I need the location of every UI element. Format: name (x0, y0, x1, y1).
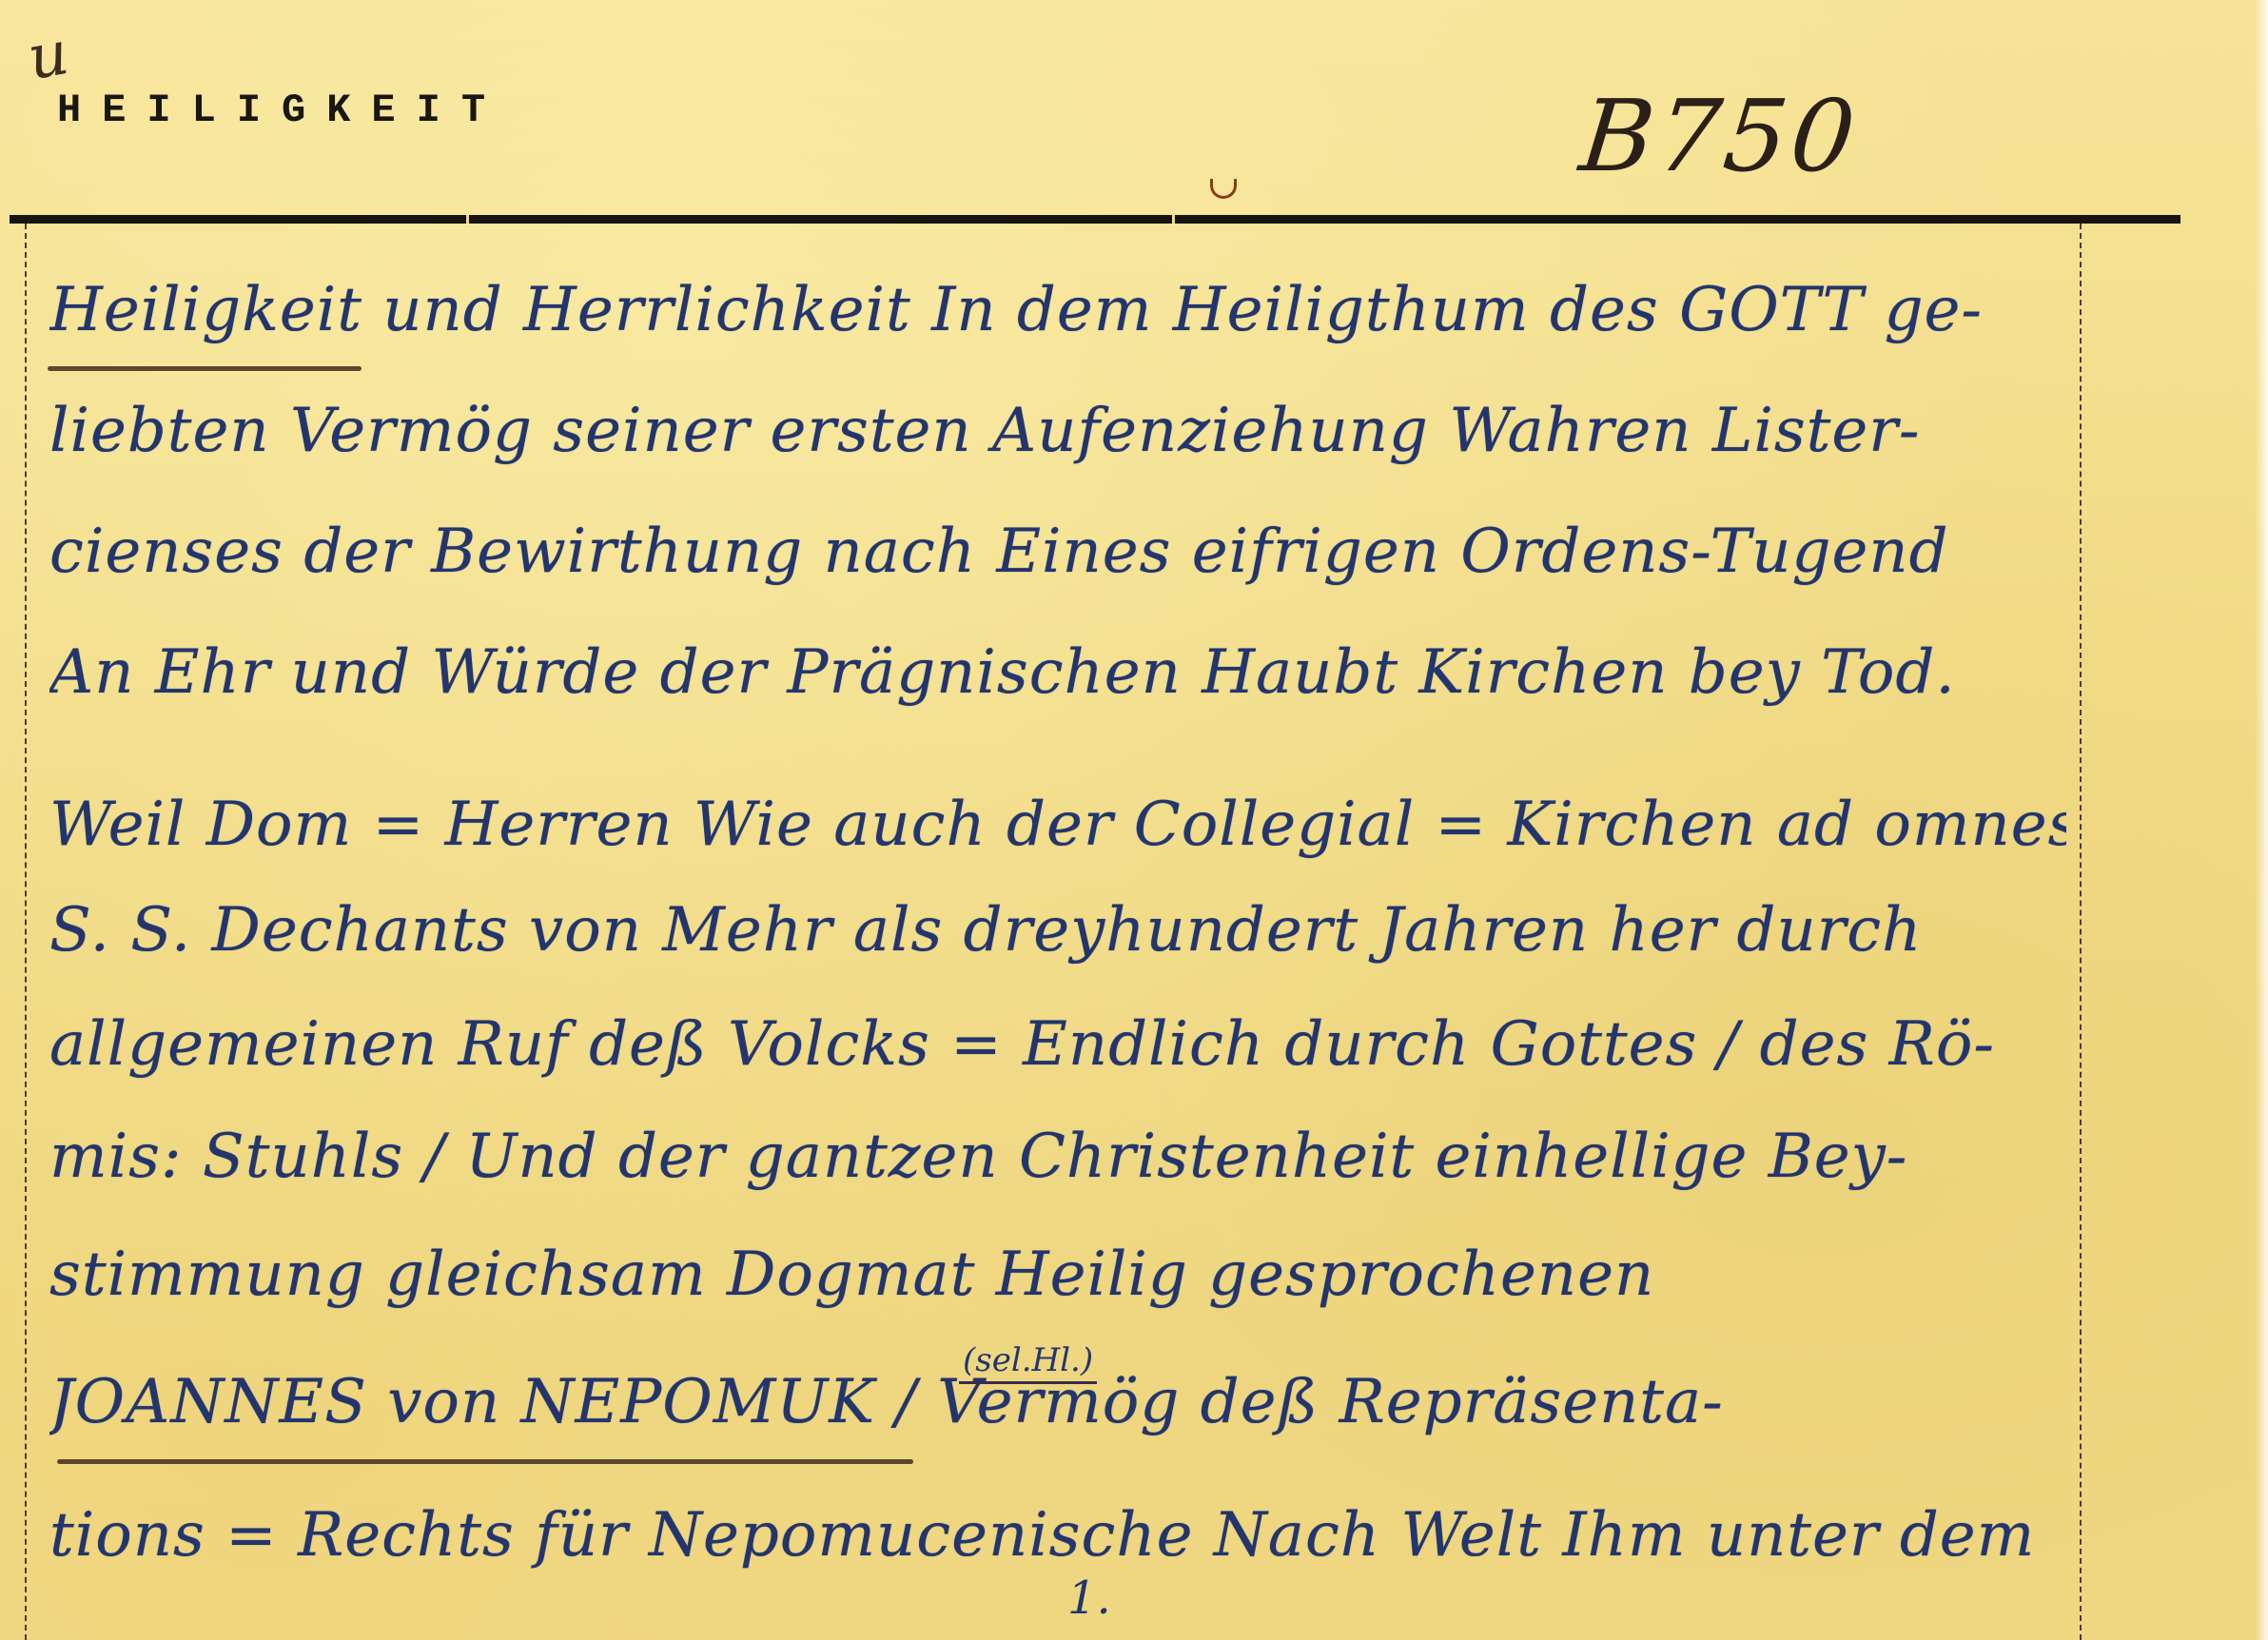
handwritten-line: Weil Dom = Herren Wie auch der Collegial… (49, 764, 2066, 886)
left-margin-dashed-line (25, 224, 27, 1640)
rule-gap (1172, 215, 1175, 224)
handwritten-line: stimmung gleichsam Dogmat Heilig gesproc… (49, 1214, 2066, 1336)
card-edge (2255, 0, 2268, 1640)
handwritten-line: S. S. Dechants von Mehr als dreyhundert … (49, 869, 2066, 991)
handwritten-line: mis: Stuhls / Und der gantzen Christenhe… (49, 1096, 2066, 1218)
handwritten-line: Heiligkeit und Herrlichkeit In dem Heili… (49, 249, 2066, 371)
archive-index-card: u HEILIGKEIT B750 Heiligkeit und Herrlic… (0, 0, 2268, 1640)
pencil-check-mark (1210, 179, 1237, 199)
handwritten-line: An Ehr und Würde der Prägnischen Haubt K… (49, 612, 2066, 733)
handwritten-line: cienses der Bewirthung nach Eines eifrig… (49, 491, 2066, 613)
corner-initial-mark: u (23, 18, 73, 94)
page-number: 1. (1067, 1572, 1111, 1625)
title-word-underline (48, 366, 362, 371)
name-underline (57, 1459, 913, 1464)
right-margin-dashed-line (2080, 224, 2082, 1640)
card-heading: HEILIGKEIT (57, 88, 506, 133)
catalog-number: B750 (1575, 78, 1865, 194)
header-rule (10, 215, 2180, 224)
rule-gap (466, 215, 469, 224)
handwritten-line: liebten Vermög seiner ersten Aufenziehun… (49, 370, 2066, 492)
handwritten-line: allgemeinen Ruf deß Volcks = Endlich dur… (49, 984, 2066, 1105)
superscript-annotation: (sel.Hl.) (959, 1341, 1097, 1384)
handwritten-line: tions = Rechts für Nepomucenische Nach W… (49, 1474, 2066, 1596)
